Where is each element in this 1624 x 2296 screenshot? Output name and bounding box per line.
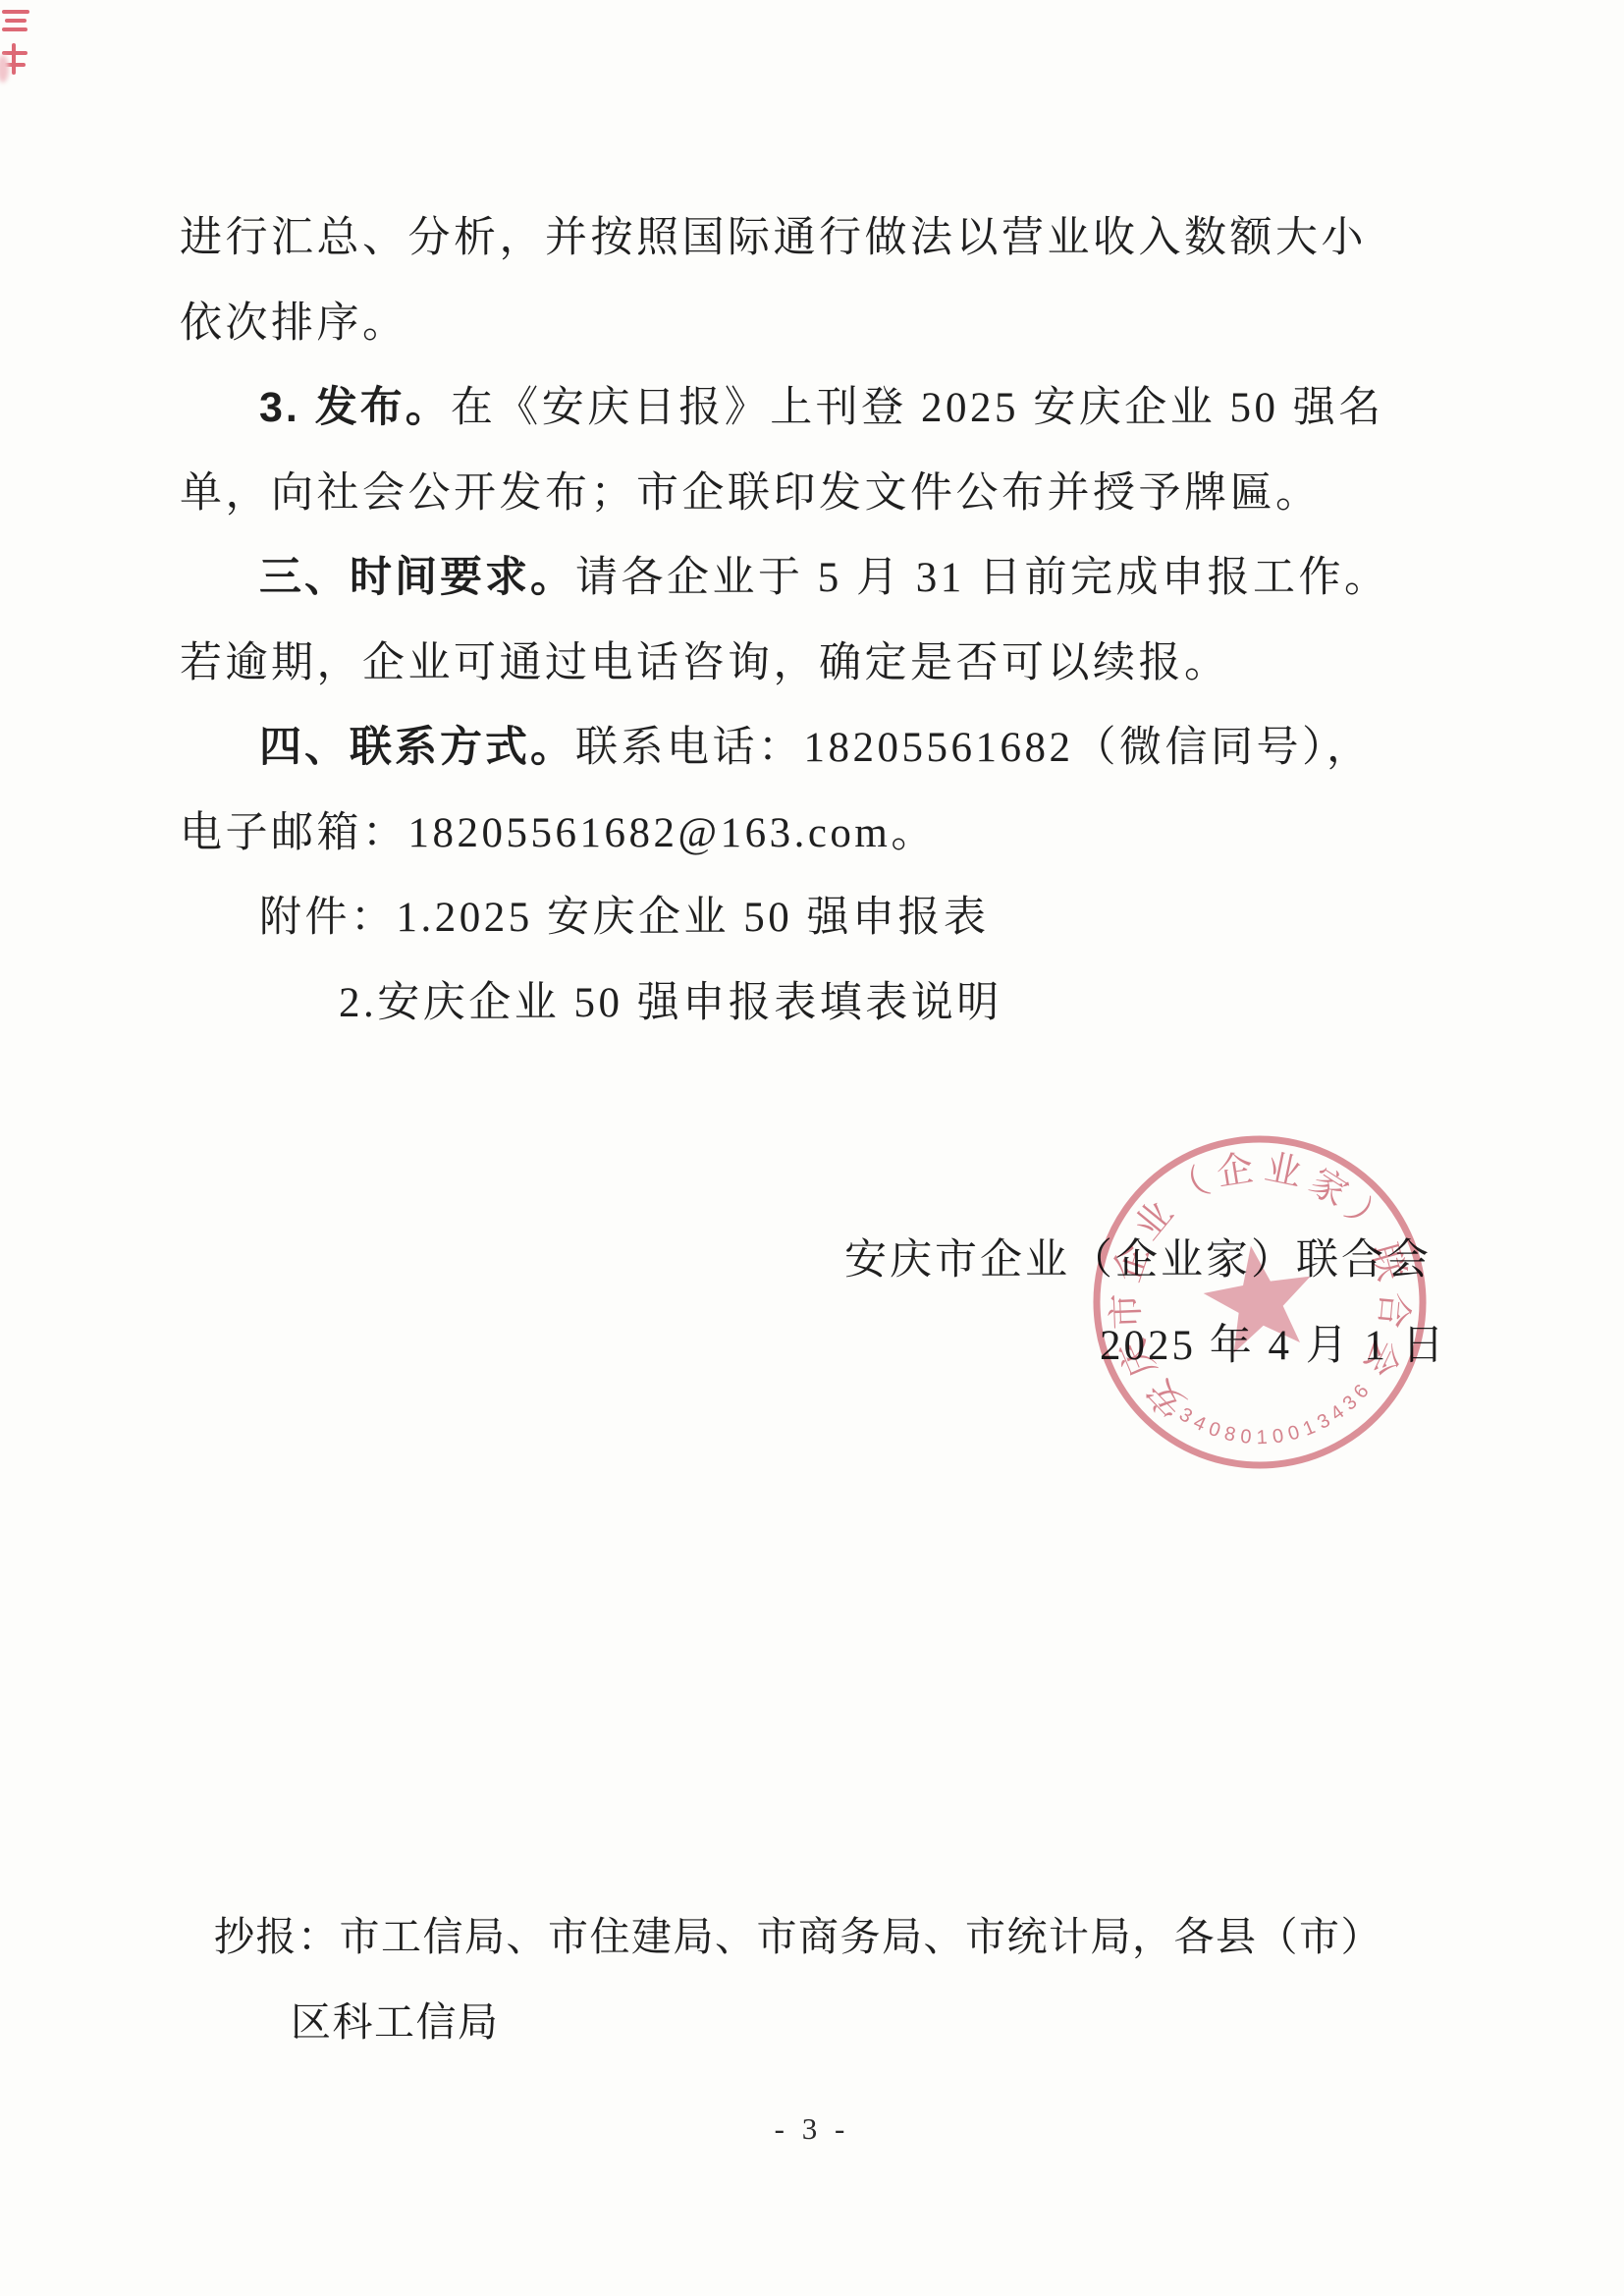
copy-to-line: 抄报：市工信局、市住建局、市商务局、市统计局，各县（市）	[214, 1904, 1382, 1962]
body-line-text: 电子邮箱：18205561682@163.com。	[180, 810, 937, 856]
body-line-text: 2.安庆企业 50 强申报表填表说明	[339, 980, 1002, 1026]
body-line: 电子邮箱：18205561682@163.com。	[180, 809, 937, 857]
body-line-text: 附件：1.2025 安庆企业 50 强申报表	[259, 895, 990, 941]
body-line: 四、联系方式。联系电话：18205561682（微信同号），	[259, 724, 1373, 772]
red-stamp-fragment	[0, 2, 63, 96]
body-line: 三、时间要求。请各企业于 5 月 31 日前完成申报工作。	[259, 554, 1390, 602]
body-line-text: 联系电话：18205561682（微信同号），	[575, 725, 1373, 771]
body-line: 若逾期，企业可通过电话咨询，确定是否可以续报。	[180, 639, 1230, 687]
body-line: 依次排序。	[180, 300, 408, 348]
body-line-text: 请各企业于 5 月 31 日前完成申报工作。	[575, 555, 1390, 601]
body-line-text: 进行汇总、分析，并按照国际通行做法以营业收入数额大小	[180, 215, 1367, 261]
body-line-lead-text: 3. 发布。	[259, 384, 451, 431]
body-line: 附件：1.2025 安庆企业 50 强申报表	[259, 894, 990, 942]
document-page: 进行汇总、分析，并按照国际通行做法以营业收入数额大小 依次排序。 3. 发布。在…	[0, 0, 1624, 2296]
body-line-lead-text: 四、联系方式。	[259, 724, 575, 771]
seal-number: 3408010013436	[1172, 1374, 1383, 1463]
copy-to-line: 区科工信局	[291, 1990, 500, 2048]
body-line-text: 在《安庆日报》上刊登 2025 安庆企业 50 强名	[451, 385, 1384, 431]
body-line: 3. 发布。在《安庆日报》上刊登 2025 安庆企业 50 强名	[259, 384, 1384, 432]
body-line-text: 若逾期，企业可通过电话咨询，确定是否可以续报。	[180, 640, 1230, 686]
body-line: 单，向社会公开发布；市企联印发文件公布并授予牌匾。	[180, 469, 1322, 518]
body-line: 2.安庆企业 50 强申报表填表说明	[339, 979, 1002, 1027]
page-number: - 3 -	[0, 2111, 1624, 2147]
svg-text:3408010013436: 3408010013436	[1172, 1374, 1383, 1463]
body-line-lead-text: 三、时间要求。	[259, 554, 575, 601]
official-seal: 安庆市企业（企业家）联合会 3408010013436	[1083, 1125, 1436, 1479]
body-line-text: 依次排序。	[180, 301, 408, 347]
body-line-text: 单，向社会公开发布；市企联印发文件公布并授予牌匾。	[180, 470, 1322, 517]
body-line: 进行汇总、分析，并按照国际通行做法以营业收入数额大小	[180, 214, 1367, 262]
seal-star-icon	[1197, 1237, 1320, 1356]
